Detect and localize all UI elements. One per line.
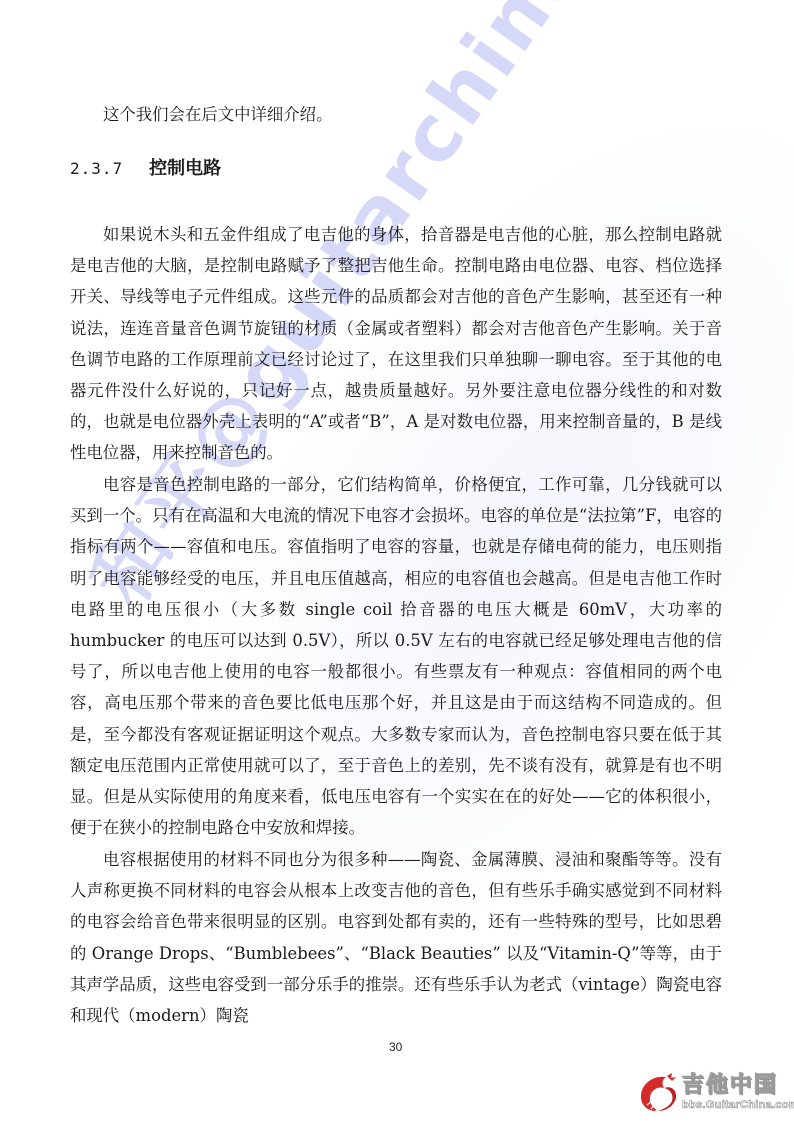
dragon-logo-icon bbox=[636, 1071, 680, 1115]
section-number: 2.3.7 bbox=[70, 156, 123, 182]
guitarchina-logo: 吉他中国 bbs.GuitarChina.com bbox=[636, 1070, 786, 1116]
intro-line: 这个我们会在后文中详细介绍。 bbox=[103, 103, 332, 127]
page-number: 30 bbox=[389, 1040, 402, 1054]
paragraph-control-circuit-intro: 如果说木头和五金件组成了电吉他的身体，拾音器是电吉他的心脏，那么控制电路就是电吉… bbox=[70, 219, 722, 469]
logo-name: 吉他中国 bbox=[682, 1075, 794, 1097]
logo-text: 吉他中国 bbs.GuitarChina.com bbox=[682, 1075, 794, 1111]
paragraph-capacitor-basics: 电容是音色控制电路的一部分，它们结构简单，价格便宜，工作可靠，几分钱就可以买到一… bbox=[70, 469, 722, 843]
section-heading: 2.3.7 控制电路 bbox=[70, 156, 221, 182]
document-page: 这个我们会在后文中详细介绍。 2.3.7 控制电路 如果说木头和五金件组成了电吉… bbox=[0, 0, 794, 1123]
section-title: 控制电路 bbox=[149, 156, 221, 182]
paragraph-capacitor-materials: 电容根据使用的材料不同也分为很多种——陶瓷、金属薄膜、浸油和聚酯等等。没有人声称… bbox=[70, 844, 722, 1031]
logo-url: bbs.GuitarChina.com bbox=[682, 1100, 794, 1111]
